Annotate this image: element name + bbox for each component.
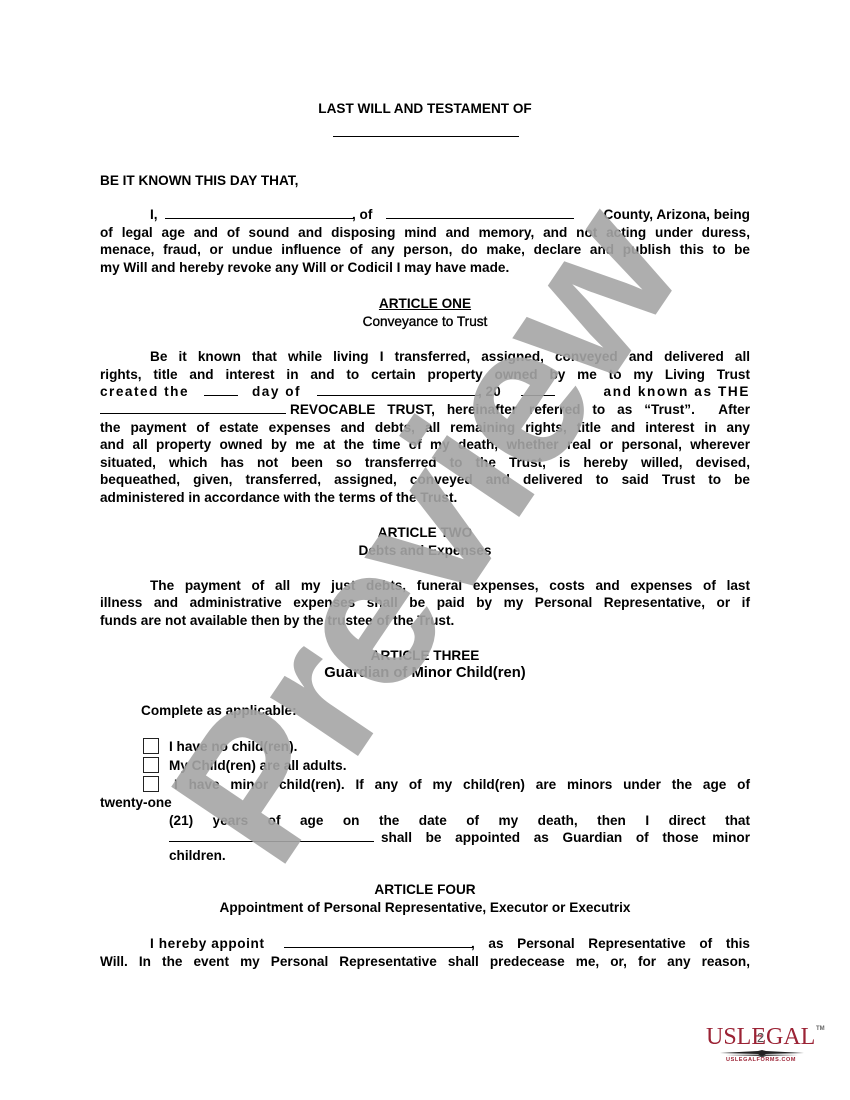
- guardian-line-3: children.: [169, 847, 750, 865]
- article-one-heading: ARTICLE ONE: [100, 295, 750, 313]
- article-one-line-7: situated, which has not been so transfer…: [100, 454, 750, 472]
- article-one-line-6: and all property owned by me at the time…: [100, 436, 750, 454]
- option-overflow-word: twenty-one: [100, 794, 750, 812]
- checkbox-adult-children[interactable]: [143, 757, 159, 773]
- checkbox-minor-children[interactable]: [143, 776, 159, 792]
- article-four-subtitle: Appointment of Personal Representative, …: [100, 899, 750, 917]
- article-one-line-1: Be it known that while living I transfer…: [150, 348, 750, 366]
- article-four-heading: ARTICLE FOUR: [100, 881, 750, 899]
- guardian-line-1: (21) years of age on the date of my deat…: [169, 812, 750, 830]
- intro-line-2: of legal age and of sound and disposing …: [100, 224, 750, 242]
- article-four-line-2: Will. In the event my Personal Represent…: [100, 953, 750, 971]
- article-two-line-2: illness and administrative expenses shal…: [100, 594, 750, 612]
- name-blank[interactable]: [165, 206, 353, 219]
- uslegal-logo[interactable]: USLEGAL TM USLEGALFORMS.COM: [706, 1024, 826, 1068]
- intro-line-3: menace, fraud, or undue influence of any…: [100, 241, 750, 259]
- article-two-line-3: funds are not available then by the trus…: [100, 612, 750, 630]
- logo-trademark: TM: [816, 1026, 825, 1032]
- option-no-children: I have no child(ren).: [169, 738, 750, 756]
- intro-heading: BE IT KNOWN THIS DAY THAT,: [100, 172, 750, 190]
- document-title: LAST WILL AND TESTAMENT OF: [100, 100, 750, 118]
- county-blank[interactable]: [386, 206, 574, 219]
- article-three-instruction: Complete as applicable:: [141, 702, 791, 720]
- year-blank[interactable]: [521, 383, 555, 396]
- article-two-subtitle: Debts and Expenses: [100, 542, 750, 560]
- article-two-heading: ARTICLE TWO: [100, 524, 750, 542]
- month-blank[interactable]: [317, 383, 480, 396]
- article-one-subtitle: Conveyance to Trust: [100, 313, 750, 331]
- day-blank[interactable]: [204, 383, 238, 396]
- article-two-line-1: The payment of all my just debts, funera…: [150, 577, 750, 595]
- article-one-line-9: administered in accordance with the term…: [100, 489, 750, 507]
- option-minor-children: I have minor child(ren). If any of my ch…: [174, 776, 750, 794]
- article-three-subtitle: Guardian of Minor Child(ren): [100, 665, 750, 683]
- article-three-heading: ARTICLE THREE: [100, 647, 750, 665]
- logo-url: USLEGALFORMS.COM: [726, 1057, 796, 1063]
- document-page: LAST WILL AND TESTAMENT OF BE IT KNOWN T…: [0, 0, 850, 1100]
- trust-name-blank[interactable]: [100, 401, 286, 414]
- intro-line-4: my Will and hereby revoke any Will or Co…: [100, 259, 750, 277]
- guardian-name-blank[interactable]: [169, 829, 374, 842]
- checkbox-no-children[interactable]: [143, 738, 159, 754]
- article-one-line-8: bequeathed, given, transferred, assigned…: [100, 471, 750, 489]
- page-number: 2: [757, 1030, 764, 1045]
- article-one-line-2: rights, title and interest in and to cer…: [100, 366, 750, 384]
- option-adult-children: My Child(ren) are all adults.: [169, 757, 750, 775]
- testator-name-blank[interactable]: [333, 136, 519, 137]
- representative-name-blank[interactable]: [284, 935, 472, 948]
- article-one-line-5: the payment of estate expenses and debts…: [100, 419, 750, 437]
